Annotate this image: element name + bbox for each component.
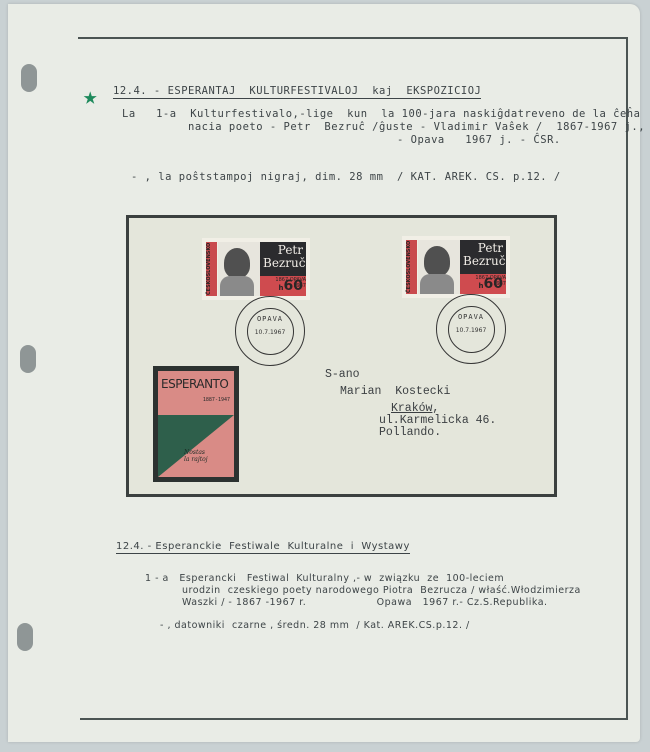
postmark-date: 10.7.1967 [236, 329, 304, 336]
stamp-years: 1867 OPAVA 1967 [262, 277, 306, 289]
description-line: 1 - a Esperancki Festiwal Kulturalny ,- … [145, 573, 504, 584]
stamp-name-line: Petr [478, 241, 503, 255]
frame-bottom-border [80, 718, 628, 720]
postmark-date: 10.7.1967 [437, 327, 505, 334]
postage-stamp: ČESKOSLOVENSKO PetrBezruč 1867 OPAVA 196… [402, 236, 510, 298]
postmark-city: OPAVA [437, 313, 505, 321]
description-line: urodzin czeskiego poety narodowego Piotr… [182, 585, 581, 596]
description-line: - Opava 1967 j. - ĈSR. [397, 134, 561, 146]
address-country: Pollando. [379, 426, 441, 439]
label-motto: Nostasla rajtoj [184, 449, 208, 463]
postmark-city: OPAVA [236, 315, 304, 323]
stamp-portrait [218, 242, 260, 296]
frame-top-border [78, 37, 628, 39]
stamp-name-line: Petr [278, 243, 303, 257]
description-line: La 1-a Kulturfestivalo,-lige kun la 100-… [122, 108, 640, 120]
stamp-value: 1867 OPAVA 1967h60 [460, 274, 506, 294]
binder-hole [20, 345, 36, 373]
label-years: 1887-1947 [203, 397, 230, 403]
address-salutation: S-ano [325, 368, 360, 381]
section-title-polish: 12.4. - Esperanckie Festiwale Kulturalne… [116, 541, 410, 554]
section-title-esperanto: 12.4. - ESPERANTAJ KULTURFESTIVALOJ kaj … [113, 85, 481, 99]
postmark-note: - , la poŝtstampoj nigraj, dim. 28 mm / … [131, 171, 561, 183]
label-motto-line: Nostas [184, 449, 205, 456]
stamp-years: 1867 OPAVA 1967 [462, 275, 506, 287]
stamp-name-line: Bezruč [463, 254, 505, 268]
stamp-name-line: Bezruč [263, 256, 305, 270]
green-star-icon: ★ [83, 84, 97, 108]
label-motto-line: la rajtoj [184, 456, 208, 463]
postmark: OPAVA 10.7.1967 [436, 294, 506, 364]
postmark: OPAVA 10.7.1967 [235, 296, 305, 366]
binder-hole [17, 623, 33, 651]
postage-stamp: ČESKOSLOVENSKO PetrBezruč 1867 OPAVA 196… [202, 238, 310, 300]
envelope-cover: ČESKOSLOVENSKO PetrBezruč 1867 OPAVA 196… [126, 215, 557, 497]
frame-right-border [626, 37, 628, 720]
stamp-value: 1867 OPAVA 1967h60 [260, 276, 306, 296]
esperanto-label: ESPERANTO 1887-1947 Nostasla rajtoj [153, 366, 239, 482]
stamp-name: PetrBezruč [260, 242, 306, 276]
stamp-country: ČESKOSLOVENSKO [206, 242, 217, 296]
postmark-note: - , datowniki czarne , średn. 28 mm / Ka… [160, 620, 470, 631]
description-line: nacia poeto - Petr Bezruĉ /ĝuste - Vladi… [188, 121, 645, 133]
description-line: Waszki / - 1867 -1967 r. Opawa 1967 r.- … [182, 597, 548, 608]
label-word: ESPERANTO [161, 377, 228, 391]
binder-hole [21, 64, 37, 92]
address-name: Marian Kostecki [340, 385, 450, 398]
stamp-country: ČESKOSLOVENSKO [406, 240, 417, 294]
stamp-name: PetrBezruč [460, 240, 506, 274]
stamp-portrait [418, 240, 460, 294]
